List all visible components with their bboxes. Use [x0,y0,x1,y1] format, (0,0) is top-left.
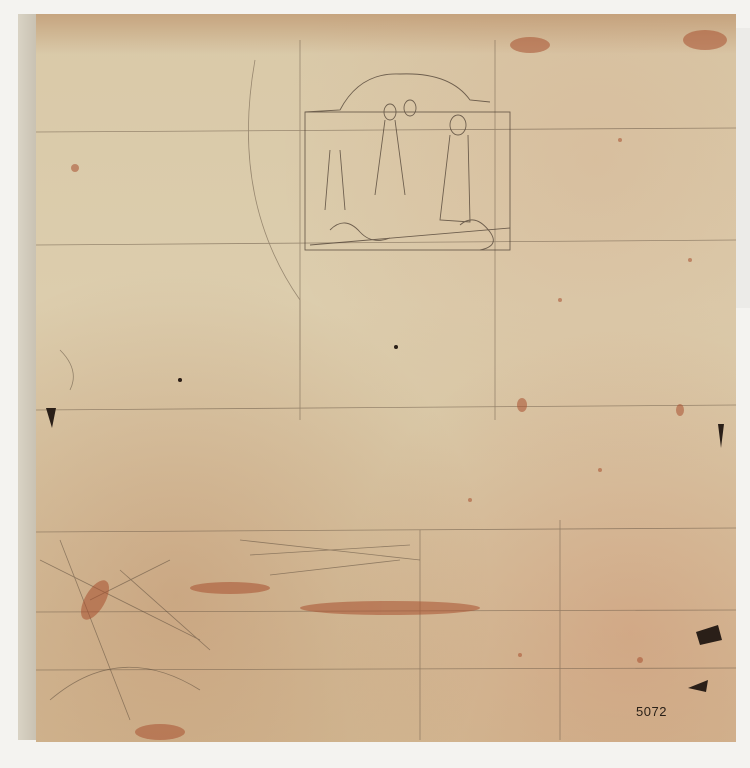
sketch-drawing [0,0,750,768]
lower-sketch-lines [40,350,420,720]
inventory-number: 5072 [636,704,667,719]
ink-marks [46,345,724,692]
figure-group-sketch [305,74,510,250]
stains [71,30,727,740]
